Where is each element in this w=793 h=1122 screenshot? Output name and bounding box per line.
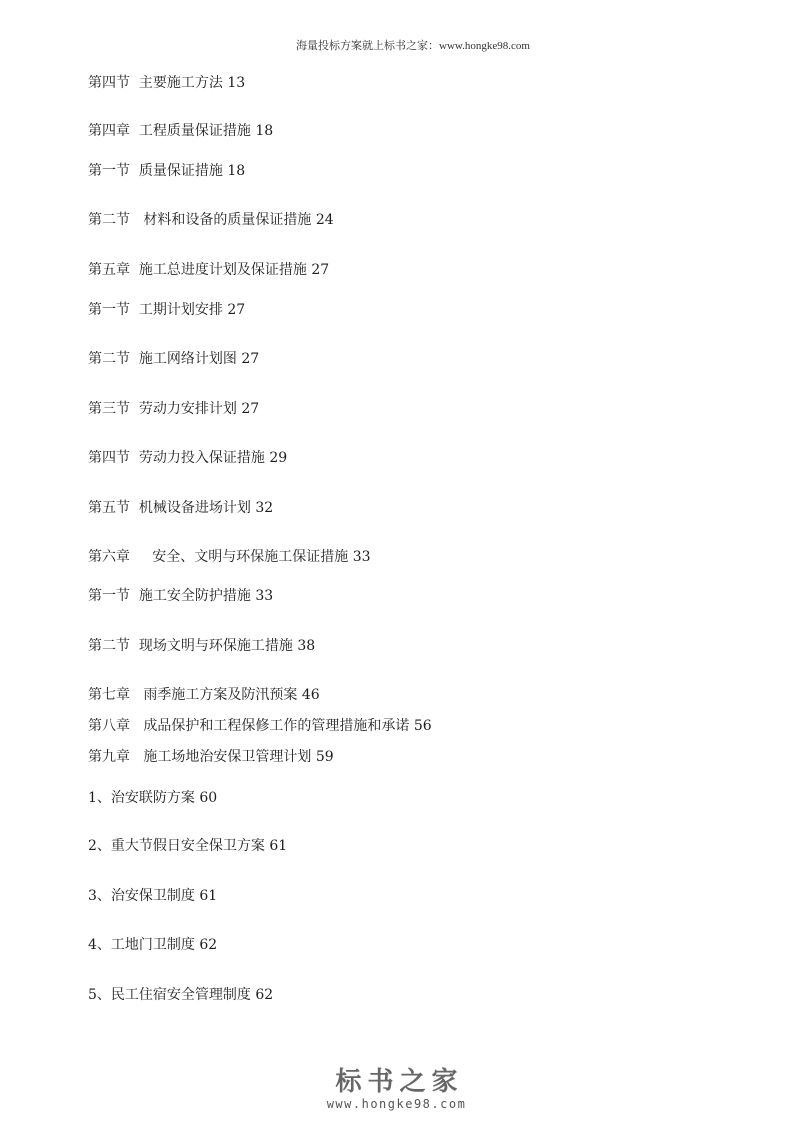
toc-entry: 第三节 劳动力安排计划 27 (88, 400, 259, 418)
page-header: 海量投标方案就上标书之家：www.hongke98.com (0, 37, 793, 53)
toc-entry-page-number: 18 (227, 163, 245, 179)
toc-entry-label: 第二节 材料和设备的质量保证措施 (88, 212, 311, 228)
logo-text: 标书之家 (335, 1068, 463, 1096)
toc-entry-label: 4、工地门卫制度 (88, 937, 195, 953)
toc-entry-page-number: 59 (316, 749, 334, 765)
toc-entry: 第七章 雨季施工方案及防汛预案 46 (88, 686, 320, 704)
toc-entry: 1、治安联防方案 60 (88, 789, 217, 807)
toc-entry-page-number: 61 (199, 888, 217, 904)
toc-entry-label: 第五章 施工总进度计划及保证措施 (88, 262, 307, 278)
toc-entry-label: 1、治安联防方案 (88, 790, 195, 806)
toc-entry: 5、民工住宿安全管理制度 62 (88, 986, 273, 1004)
toc-entry-label: 第七章 雨季施工方案及防汛预案 (88, 687, 297, 703)
logo-url: www.hongke98.com (0, 1097, 793, 1111)
toc-entry-page-number: 33 (255, 588, 273, 604)
toc-entry-page-number: 27 (241, 351, 259, 367)
toc-entry: 第四节 劳动力投入保证措施 29 (88, 449, 287, 467)
toc-entry-page-number: 27 (227, 302, 245, 318)
toc-entry-page-number: 27 (311, 262, 329, 278)
toc-entry-page-number: 32 (255, 500, 273, 516)
toc-entry: 第二节 现场文明与环保施工措施 38 (88, 637, 315, 655)
toc-entry-label: 第三节 劳动力安排计划 (88, 401, 237, 417)
toc-entry-page-number: 13 (227, 75, 245, 91)
toc-entry-page-number: 27 (241, 401, 259, 417)
footer-logo: 标书之家 www.hongke98.com (0, 1068, 793, 1111)
toc-entry-label: 第四章 工程质量保证措施 (88, 123, 251, 139)
toc-entry: 4、工地门卫制度 62 (88, 936, 217, 954)
toc-entry-label: 第六章 安全、文明与环保施工保证措施 (88, 549, 348, 565)
toc-entry-page-number: 56 (414, 718, 432, 734)
toc-entry-page-number: 62 (255, 987, 273, 1003)
toc-entry: 第一节 质量保证措施 18 (88, 162, 245, 180)
toc-entry-page-number: 61 (269, 838, 287, 854)
toc-entry: 第二节 材料和设备的质量保证措施 24 (88, 211, 334, 229)
toc-entry-label: 3、治安保卫制度 (88, 888, 195, 904)
toc-entry-label: 第九章 施工场地治安保卫管理计划 (88, 749, 311, 765)
toc-entry-page-number: 62 (199, 937, 217, 953)
toc-entry: 第一节 工期计划安排 27 (88, 301, 245, 319)
toc-entry: 第一节 施工安全防护措施 33 (88, 587, 273, 605)
toc-entry-label: 5、民工住宿安全管理制度 (88, 987, 251, 1003)
toc-entry: 第二节 施工网络计划图 27 (88, 350, 259, 368)
toc-entry-page-number: 60 (199, 790, 217, 806)
toc-entry-label: 第五节 机械设备进场计划 (88, 500, 251, 516)
toc-entry-label: 第二节 现场文明与环保施工措施 (88, 638, 293, 654)
toc-entry-label: 第二节 施工网络计划图 (88, 351, 237, 367)
toc-entry-label: 2、重大节假日安全保卫方案 (88, 838, 265, 854)
toc-entry: 第九章 施工场地治安保卫管理计划 59 (88, 748, 334, 766)
toc-entry: 第五章 施工总进度计划及保证措施 27 (88, 261, 329, 279)
toc-entry-page-number: 18 (255, 123, 273, 139)
toc-entry: 第四章 工程质量保证措施 18 (88, 122, 273, 140)
toc-entry-page-number: 33 (353, 549, 371, 565)
toc-entry-label: 第八章 成品保护和工程保修工作的管理措施和承诺 (88, 718, 409, 734)
toc-entry-label: 第四节 主要施工方法 (88, 75, 223, 91)
toc-entry-page-number: 46 (302, 687, 320, 703)
toc-entry: 第五节 机械设备进场计划 32 (88, 499, 273, 517)
toc-entry: 3、治安保卫制度 61 (88, 887, 217, 905)
toc-entry-page-number: 38 (297, 638, 315, 654)
toc-entry-label: 第四节 劳动力投入保证措施 (88, 450, 265, 466)
toc-entry-page-number: 29 (269, 450, 287, 466)
toc-entry-label: 第一节 质量保证措施 (88, 163, 223, 179)
toc-entry: 2、重大节假日安全保卫方案 61 (88, 837, 287, 855)
toc-entry-label: 第一节 施工安全防护措施 (88, 588, 251, 604)
toc-entry: 第六章 安全、文明与环保施工保证措施 33 (88, 548, 371, 566)
toc-entry-page-number: 24 (316, 212, 334, 228)
toc-entry-label: 第一节 工期计划安排 (88, 302, 223, 318)
toc-entry: 第四节 主要施工方法 13 (88, 74, 245, 92)
toc-entry: 第八章 成品保护和工程保修工作的管理措施和承诺 56 (88, 717, 432, 735)
